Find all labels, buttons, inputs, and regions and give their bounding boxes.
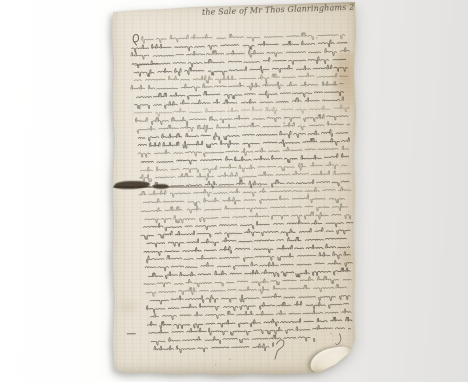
paper-sheet: the Sale of Mr Thos Glanringhams 2 house…: [108, 2, 358, 376]
photo-background: the Sale of Mr Thos Glanringhams 2 house…: [0, 0, 468, 382]
manuscript-page: the Sale of Mr Thos Glanringhams 2 house…: [108, 2, 358, 376]
handwriting-body-text: [108, 2, 358, 376]
ink-mark-top-edge: [226, 2, 240, 5]
